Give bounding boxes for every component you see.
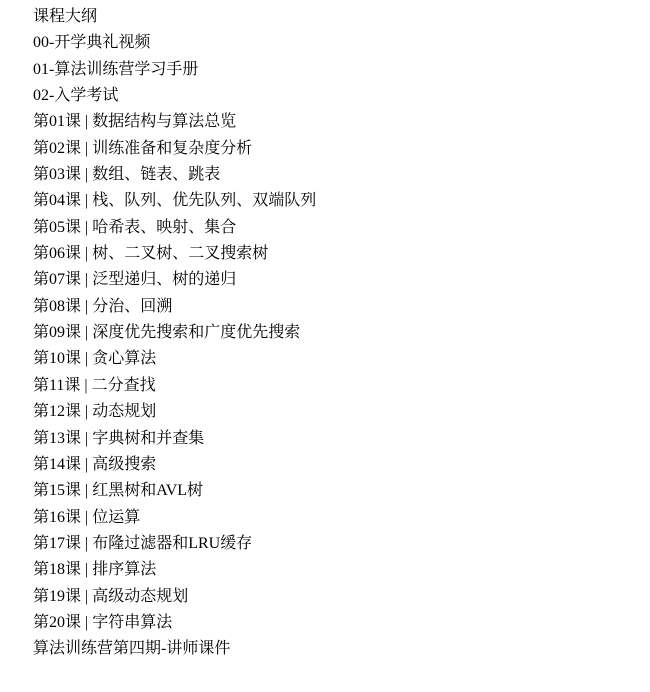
lesson-title: 树、二叉树、二叉搜索树 (92, 245, 268, 262)
lesson-title: 高级动态规划 (92, 588, 188, 605)
lesson-title: 高级搜索 (92, 456, 156, 473)
lesson-number: 第11课 (33, 377, 80, 394)
lesson-number: 第09课 (33, 324, 81, 341)
lesson-item: 第08课 | 分治、回溯 (33, 294, 640, 320)
lesson-title: 红黑树和AVL树 (92, 482, 203, 499)
outline-heading: 课程大纲 (33, 4, 640, 30)
lesson-number: 第19课 (33, 588, 81, 605)
lesson-title: 训练准备和复杂度分析 (92, 140, 252, 157)
intro-item-entrance-exam: 02-入学考试 (33, 83, 640, 109)
lesson-number: 第17课 (33, 535, 81, 552)
lesson-title: 动态规划 (92, 403, 156, 420)
lesson-separator: | (81, 456, 92, 473)
lesson-separator: | (81, 166, 92, 183)
lesson-number: 第13课 (33, 430, 81, 447)
lesson-separator: | (81, 219, 92, 236)
lesson-number: 第07课 (33, 271, 81, 288)
lesson-separator: | (81, 350, 92, 367)
lesson-title: 泛型递归、树的递归 (92, 271, 236, 288)
lesson-title: 字符串算法 (92, 614, 172, 631)
lesson-separator: | (81, 324, 92, 341)
course-outline-page: 课程大纲 00-开学典礼视频 01-算法训练营学习手册 02-入学考试 第01课… (0, 0, 650, 692)
course-outline-content: 课程大纲 00-开学典礼视频 01-算法训练营学习手册 02-入学考试 第01课… (0, 0, 650, 663)
lesson-separator: | (81, 535, 92, 552)
intro-item-opening-ceremony-video: 00-开学典礼视频 (33, 30, 640, 56)
footer-courseware-item: 算法训练营第四期-讲师课件 (33, 636, 640, 662)
lesson-item: 第15课 | 红黑树和AVL树 (33, 478, 640, 504)
lesson-separator: | (81, 140, 92, 157)
lesson-title: 栈、队列、优先队列、双端队列 (92, 192, 316, 209)
lesson-item: 第20课 | 字符串算法 (33, 610, 640, 636)
lesson-separator: | (81, 113, 92, 130)
lesson-item: 第19课 | 高级动态规划 (33, 584, 640, 610)
lesson-title: 位运算 (92, 509, 140, 526)
lesson-item: 第05课 | 哈希表、映射、集合 (33, 215, 640, 241)
lesson-number: 第03课 (33, 166, 81, 183)
lesson-item: 第06课 | 树、二叉树、二叉搜索树 (33, 241, 640, 267)
lesson-number: 第08课 (33, 298, 81, 315)
lesson-title: 哈希表、映射、集合 (92, 219, 236, 236)
lesson-item: 第13课 | 字典树和并查集 (33, 426, 640, 452)
lesson-item: 第03课 | 数组、链表、跳表 (33, 162, 640, 188)
lesson-number: 第20课 (33, 614, 81, 631)
lesson-number: 第16课 (33, 509, 81, 526)
lesson-item: 第16课 | 位运算 (33, 505, 640, 531)
lesson-title: 字典树和并查集 (92, 430, 204, 447)
lesson-item: 第11课 | 二分查找 (33, 373, 640, 399)
lesson-number: 第10课 (33, 350, 81, 367)
lesson-separator: | (81, 271, 92, 288)
lesson-item: 第18课 | 排序算法 (33, 557, 640, 583)
lesson-separator: | (81, 614, 92, 631)
lesson-title: 二分查找 (92, 377, 156, 394)
lesson-item: 第07课 | 泛型递归、树的递归 (33, 267, 640, 293)
lesson-title: 深度优先搜索和广度优先搜索 (92, 324, 300, 341)
lesson-number: 第18课 (33, 561, 81, 578)
lesson-separator: | (81, 430, 92, 447)
lesson-separator: | (81, 192, 92, 209)
lesson-title: 贪心算法 (92, 350, 156, 367)
lesson-number: 第02课 (33, 140, 81, 157)
lesson-title: 数据结构与算法总览 (92, 113, 236, 130)
lesson-separator: | (81, 561, 92, 578)
lesson-separator: | (80, 377, 91, 394)
lesson-separator: | (81, 482, 92, 499)
lesson-item: 第12课 | 动态规划 (33, 399, 640, 425)
lesson-separator: | (81, 509, 92, 526)
lesson-title: 布隆过滤器和LRU缓存 (92, 535, 252, 552)
lesson-separator: | (81, 403, 92, 420)
lesson-item: 第14课 | 高级搜索 (33, 452, 640, 478)
lesson-number: 第01课 (33, 113, 81, 130)
lesson-item: 第01课 | 数据结构与算法总览 (33, 109, 640, 135)
lesson-item: 第10课 | 贪心算法 (33, 346, 640, 372)
lesson-title: 排序算法 (92, 561, 156, 578)
lesson-separator: | (81, 245, 92, 262)
lesson-separator: | (81, 298, 92, 315)
lesson-number: 第14课 (33, 456, 81, 473)
lesson-title: 数组、链表、跳表 (92, 166, 220, 183)
lesson-item: 第02课 | 训练准备和复杂度分析 (33, 136, 640, 162)
lesson-item: 第09课 | 深度优先搜索和广度优先搜索 (33, 320, 640, 346)
lesson-title: 分治、回溯 (92, 298, 172, 315)
lesson-number: 第04课 (33, 192, 81, 209)
lesson-item: 第04课 | 栈、队列、优先队列、双端队列 (33, 188, 640, 214)
lesson-item: 第17课 | 布隆过滤器和LRU缓存 (33, 531, 640, 557)
lesson-number: 第12课 (33, 403, 81, 420)
lesson-separator: | (81, 588, 92, 605)
lesson-number: 第05课 (33, 219, 81, 236)
lesson-number: 第06课 (33, 245, 81, 262)
intro-item-study-handbook: 01-算法训练营学习手册 (33, 57, 640, 83)
lesson-number: 第15课 (33, 482, 81, 499)
